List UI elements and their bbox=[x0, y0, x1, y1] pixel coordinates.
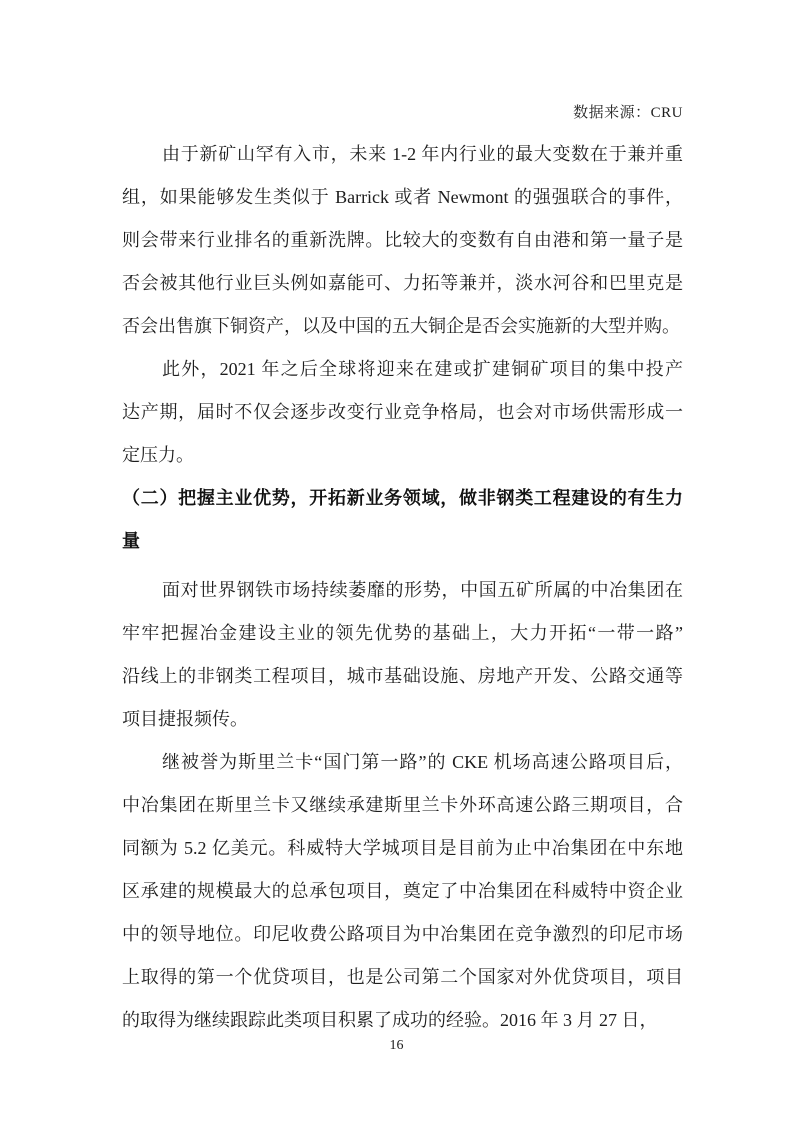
paragraph-steel-market: 面对世界钢铁市场持续萎靡的形势，中国五矿所属的中冶集团在 牢牢把握冶金建设主业的… bbox=[122, 569, 683, 741]
text-line: 由于新矿山罕有入市，未来 1-2 年内行业的最大变数在于兼并重 bbox=[122, 133, 683, 176]
text-line: 定压力。 bbox=[122, 434, 683, 477]
paragraph-mining-ma: 由于新矿山罕有入市，未来 1-2 年内行业的最大变数在于兼并重 组，如果能够发生… bbox=[122, 133, 683, 348]
text-line: 否会出售旗下铜资产，以及中国的五大铜企是否会实施新的大型并购。 bbox=[122, 305, 683, 348]
text-line: 继被誉为斯里兰卡“国门第一路”的 CKE 机场高速公路项目后， bbox=[122, 741, 683, 784]
section-heading: （二）把握主业优势，开拓新业务领域，做非钢类工程建设的有生力 量 bbox=[122, 477, 683, 563]
text-line: 则会带来行业排名的重新洗牌。比较大的变数有自由港和第一量子是 bbox=[122, 219, 683, 262]
text-line: 上取得的第一个优贷项目，也是公司第二个国家对外优贷项目，项目 bbox=[122, 956, 683, 999]
document-body: 由于新矿山罕有入市，未来 1-2 年内行业的最大变数在于兼并重 组，如果能够发生… bbox=[122, 133, 683, 1042]
text-line: 中冶集团在斯里兰卡又继续承建斯里兰卡外环高速公路三期项目，合 bbox=[122, 784, 683, 827]
text-line: 沿线上的非钢类工程项目，城市基础设施、房地产开发、公路交通等 bbox=[122, 655, 683, 698]
text-line: 此外，2021 年之后全球将迎来在建或扩建铜矿项目的集中投产 bbox=[122, 348, 683, 391]
page-number: 16 bbox=[0, 1038, 793, 1054]
heading-line: （二）把握主业优势，开拓新业务领域，做非钢类工程建设的有生力 bbox=[122, 477, 683, 520]
paragraph-overseas-projects: 继被誉为斯里兰卡“国门第一路”的 CKE 机场高速公路项目后， 中冶集团在斯里兰… bbox=[122, 741, 683, 1042]
paragraph-copper-projects: 此外，2021 年之后全球将迎来在建或扩建铜矿项目的集中投产 达产期，届时不仅会… bbox=[122, 348, 683, 477]
text-line: 组，如果能够发生类似于 Barrick 或者 Newmont 的强强联合的事件， bbox=[122, 176, 683, 219]
text-line: 达产期，届时不仅会逐步改变行业竞争格局，也会对市场供需形成一 bbox=[122, 391, 683, 434]
data-source-note: 数据来源：CRU bbox=[573, 101, 683, 122]
text-line: 的取得为继续跟踪此类项目积累了成功的经验。2016 年 3 月 27 日， bbox=[122, 999, 683, 1042]
text-line: 面对世界钢铁市场持续萎靡的形势，中国五矿所属的中冶集团在 bbox=[122, 569, 683, 612]
text-line: 项目捷报频传。 bbox=[122, 698, 683, 741]
text-line: 区承建的规模最大的总承包项目，奠定了中冶集团在科威特中资企业 bbox=[122, 870, 683, 913]
heading-line: 量 bbox=[122, 520, 683, 563]
text-line: 牢牢把握冶金建设主业的领先优势的基础上，大力开拓“一带一路” bbox=[122, 612, 683, 655]
document-page: 数据来源：CRU 由于新矿山罕有入市，未来 1-2 年内行业的最大变数在于兼并重… bbox=[0, 0, 793, 1122]
text-line: 同额为 5.2 亿美元。科威特大学城项目是目前为止中冶集团在中东地 bbox=[122, 827, 683, 870]
text-line: 中的领导地位。印尼收费公路项目为中冶集团在竞争激烈的印尼市场 bbox=[122, 913, 683, 956]
text-line: 否会被其他行业巨头例如嘉能可、力拓等兼并，淡水河谷和巴里克是 bbox=[122, 262, 683, 305]
